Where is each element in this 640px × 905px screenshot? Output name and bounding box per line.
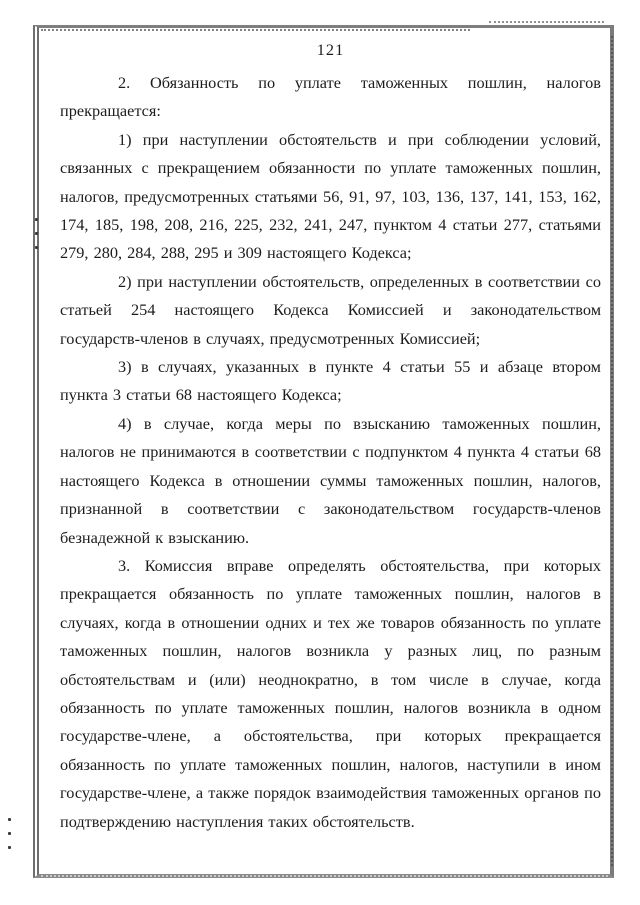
scanned-document-page: 121 2. Обязанность по уплате таможенных …: [0, 0, 640, 905]
scan-speck: [8, 832, 11, 835]
scan-artifact-bottom-dots: [41, 875, 608, 877]
paragraph-2-intro: 2. Обязанность по уплате таможенных пошл…: [60, 69, 601, 126]
scan-artifact-top-right-dots: [489, 21, 604, 23]
page-number: 121: [60, 41, 601, 59]
scan-artifact-right-dots: [611, 36, 613, 866]
paragraph-subitem-2: 2) при наступлении обстоятельств, опреде…: [60, 268, 601, 353]
scan-speck: [35, 246, 38, 249]
scan-speck: [35, 218, 38, 221]
paragraph-subitem-3: 3) в случаях, указанных в пункте 4 стать…: [60, 353, 601, 410]
scan-speck: [35, 232, 38, 235]
scan-speck: [8, 818, 11, 821]
paragraph-subitem-1: 1) при наступлении обстоятельств и при с…: [60, 126, 601, 268]
paragraph-3-commission: 3. Комиссия вправе определять обстоятель…: [60, 552, 601, 836]
paragraph-subitem-4: 4) в случае, когда меры по взысканию там…: [60, 410, 601, 552]
page-border-frame: 121 2. Обязанность по уплате таможенных …: [33, 25, 614, 878]
scan-speck: [8, 846, 11, 849]
page-content: 121 2. Обязанность по уплате таможенных …: [39, 28, 610, 836]
